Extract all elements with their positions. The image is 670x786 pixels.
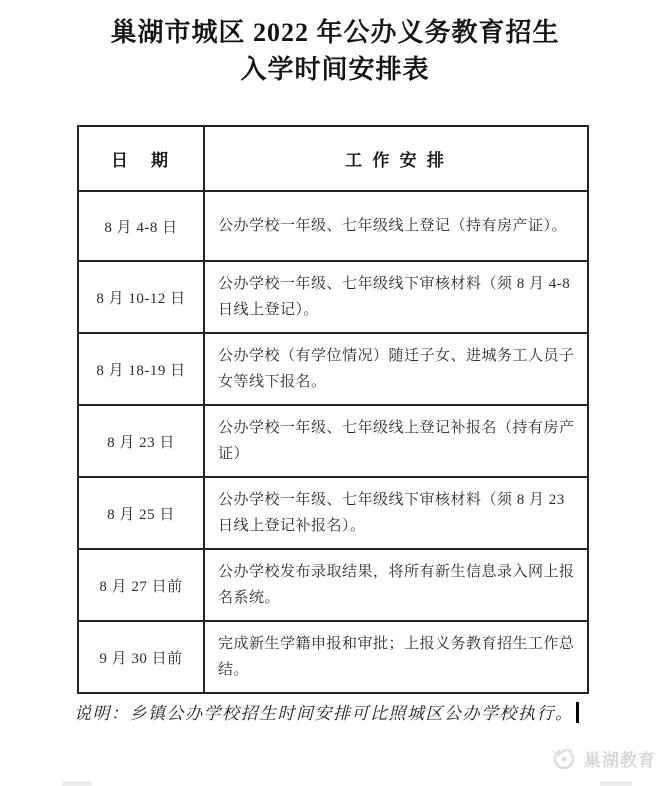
task-cell: 公办学校（有学位情况）随迁子女、进城务工人员子女等线下报名。 bbox=[204, 333, 588, 405]
date-cell: 9 月 30 日前 bbox=[78, 621, 204, 693]
document-page: 巢湖市城区 2022 年公办义务教育招生 入学时间安排表 日 期 工 作 安 排… bbox=[0, 0, 670, 786]
task-cell: 公办学校一年级、七年级线上登记补报名（持有房产证） bbox=[204, 405, 588, 477]
page-bottom-artifact bbox=[600, 781, 632, 786]
table-row: 8 月 27 日前 公办学校发布录取结果，将所有新生信息录入网上报名系统。 bbox=[78, 549, 588, 621]
table-row: 8 月 25 日 公办学校一年级、七年级线下审核材料（须 8 月 23 日线上登… bbox=[78, 477, 588, 549]
table-row: 8 月 18-19 日 公办学校（有学位情况）随迁子女、进城务工人员子女等线下报… bbox=[78, 333, 588, 405]
table-row: 8 月 4-8 日 公办学校一年级、七年级线上登记（持有房产证）。 bbox=[78, 191, 588, 261]
text-cursor bbox=[576, 702, 579, 723]
date-cell: 8 月 10-12 日 bbox=[78, 261, 204, 333]
note-text: 说明：乡镇公办学校招生时间安排可比照城区公办学校执行。 bbox=[74, 704, 574, 723]
task-cell: 公办学校一年级、七年级线下审核材料（须 8 月 4-8 日线上登记）。 bbox=[204, 261, 588, 333]
date-cell: 8 月 27 日前 bbox=[78, 549, 204, 621]
table-row: 8 月 10-12 日 公办学校一年级、七年级线下审核材料（须 8 月 4-8 … bbox=[78, 261, 588, 333]
tasks-column-header: 工 作 安 排 bbox=[204, 126, 588, 191]
table-row: 9 月 30 日前 完成新生学籍申报和审批；上报义务教育招生工作总结。 bbox=[78, 621, 588, 693]
task-cell: 完成新生学籍申报和审批；上报义务教育招生工作总结。 bbox=[204, 621, 588, 693]
date-cell: 8 月 25 日 bbox=[78, 477, 204, 549]
task-cell: 公办学校发布录取结果，将所有新生信息录入网上报名系统。 bbox=[204, 549, 588, 621]
page-bottom-artifact bbox=[62, 781, 92, 786]
page-title-line2: 入学时间安排表 bbox=[0, 51, 670, 88]
date-column-header: 日 期 bbox=[78, 126, 204, 191]
watermark: 巢湖教育 bbox=[549, 743, 656, 773]
table-row: 8 月 23 日 公办学校一年级、七年级线上登记补报名（持有房产证） bbox=[78, 405, 588, 477]
date-cell: 8 月 4-8 日 bbox=[78, 191, 204, 261]
task-cell: 公办学校一年级、七年级线上登记（持有房产证）。 bbox=[204, 191, 588, 261]
schedule-table: 日 期 工 作 安 排 8 月 4-8 日 公办学校一年级、七年级线上登记（持有… bbox=[77, 125, 589, 694]
date-cell: 8 月 18-19 日 bbox=[78, 333, 204, 405]
page-title-line1: 巢湖市城区 2022 年公办义务教育招生 bbox=[0, 14, 670, 51]
date-cell: 8 月 23 日 bbox=[78, 405, 204, 477]
table-header-row: 日 期 工 作 安 排 bbox=[78, 126, 588, 191]
watermark-label: 巢湖教育 bbox=[584, 746, 656, 771]
page-title: 巢湖市城区 2022 年公办义务教育招生 入学时间安排表 bbox=[0, 14, 670, 88]
chaohu-education-logo-icon bbox=[549, 743, 579, 773]
note: 说明：乡镇公办学校招生时间安排可比照城区公办学校执行。 bbox=[74, 699, 579, 724]
task-cell: 公办学校一年级、七年级线下审核材料（须 8 月 23 日线上登记补报名）。 bbox=[204, 477, 588, 549]
